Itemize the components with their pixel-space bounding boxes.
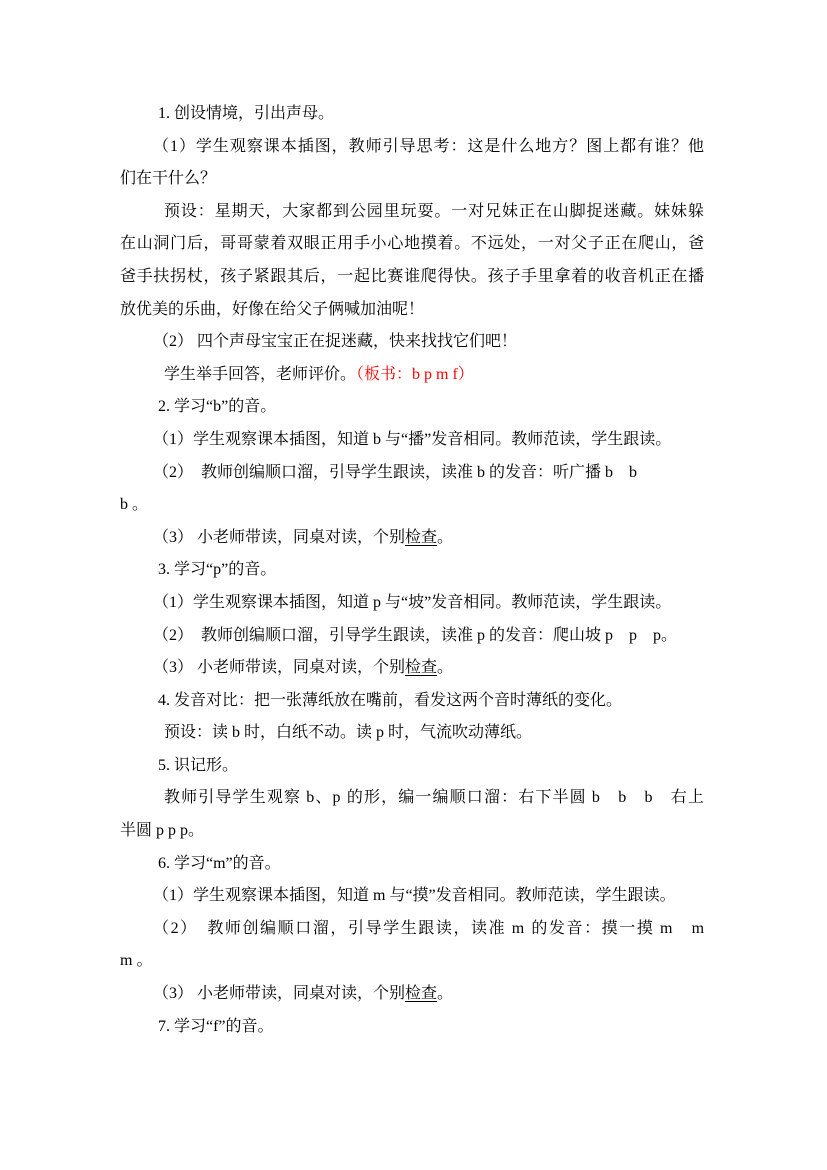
text-line: （1）学生观察课本插图，知道 b 与“播”发音相同。教师范读，学生跟读。	[120, 424, 704, 457]
text-line: 教师引导学生观察 b、p 的形，编一编顺口溜：右下半圆 b b b 右上	[120, 782, 704, 815]
text-line: （3） 小老师带读，同桌对读，个别检查。	[120, 522, 704, 555]
text-segment: 。	[437, 659, 453, 676]
text-line: 预设：读 b 时，白纸不动。读 p 时，气流吹动薄纸。	[120, 717, 704, 750]
text-line: （1）学生观察课本插图，教师引导思考：这是什么地方？图上都有谁？他	[120, 131, 704, 164]
text-segment: 2. 学习“b”的音。	[158, 398, 276, 415]
text-segment: 教师引导学生观察 b、p 的形，编一编顺口溜：右下半圆 b b b 右上	[164, 789, 705, 806]
text-segment: 7. 学习“f”的音。	[158, 1018, 274, 1035]
text-segment: m 。	[120, 952, 152, 969]
text-segment: 爸手扶拐杖，孩子紧跟其后，一起比赛谁爬得快。孩子手里拿着的收音机正在播	[120, 268, 705, 285]
text-line: （2） 四个声母宝宝正在捉迷藏，快来找找它们吧！	[120, 326, 704, 359]
text-line: （2） 教师创编顺口溜，引导学生跟读，读准 p 的发音：爬山坡 p p p。	[120, 620, 704, 653]
underlined-text: 检查	[405, 529, 437, 546]
text-segment: 5. 识记形。	[158, 757, 238, 774]
text-line: b 。	[120, 489, 704, 522]
underlined-text: 检查	[405, 659, 437, 676]
text-segment: 学生举手回答，老师评价。	[164, 366, 356, 383]
text-segment: （1）学生观察课本插图，教师引导思考：这是什么地方？图上都有谁？他	[153, 138, 705, 155]
text-segment: 半圆 p p p。	[120, 822, 204, 839]
text-line: 学生举手回答，老师评价。（板书：b p m f）	[120, 359, 704, 392]
text-line: （1）学生观察课本插图，知道 m 与“摸”发音相同。教师范读，学生跟读。	[120, 880, 704, 913]
document-body: 1. 创设情境，引出声母。（1）学生观察课本插图，教师引导思考：这是什么地方？图…	[120, 98, 704, 1043]
text-segment: 预设：读 b 时，白纸不动。读 p 时，气流吹动薄纸。	[164, 724, 532, 741]
text-segment: 4. 发音对比：把一张薄纸放在嘴前，看发这两个音时薄纸的变化。	[158, 692, 622, 709]
text-segment: （2） 教师创编顺口溜，引导学生跟读，读准 p 的发音：爬山坡 p p p。	[153, 627, 677, 644]
text-line: （1）学生观察课本插图，知道 p 与“坡”发音相同。教师范读，学生跟读。	[120, 587, 704, 620]
document-page: 1. 创设情境，引出声母。（1）学生观察课本插图，教师引导思考：这是什么地方？图…	[0, 0, 827, 1170]
text-segment: 们在干什么？	[120, 170, 216, 187]
text-segment: 。	[437, 529, 453, 546]
underlined-text: 检查	[405, 985, 437, 1002]
text-segment: （1）学生观察课本插图，知道 b 与“播”发音相同。教师范读，学生跟读。	[153, 431, 671, 448]
text-segment: （3） 小老师带读，同桌对读，个别	[153, 985, 405, 1002]
text-line: m 。	[120, 945, 704, 978]
text-segment: 1. 创设情境，引出声母。	[158, 105, 334, 122]
text-segment: （3） 小老师带读，同桌对读，个别	[153, 529, 405, 546]
text-segment: 6. 学习“m”的音。	[158, 855, 281, 872]
text-line: （2） 教师创编顺口溜，引导学生跟读，读准 m 的发音：摸一摸 m m	[120, 913, 704, 946]
board-note-red-text: （板书：b p m f）	[356, 366, 474, 383]
text-segment: b 。	[120, 496, 148, 513]
text-segment: （1）学生观察课本插图，知道 m 与“摸”发音相同。教师范读，学生跟读。	[153, 887, 676, 904]
text-line: 6. 学习“m”的音。	[120, 848, 704, 881]
text-line: （2） 教师创编顺口溜，引导学生跟读，读准 b 的发音：听广播 b b	[120, 457, 704, 490]
text-segment: （2） 教师创编顺口溜，引导学生跟读，读准 m 的发音：摸一摸 m m	[153, 920, 706, 937]
text-segment: 预设：星期天，大家都到公园里玩耍。一对兄妹正在山脚捉迷藏。妹妹躲	[164, 203, 705, 220]
text-line: （3） 小老师带读，同桌对读，个别检查。	[120, 652, 704, 685]
text-segment: 在山洞门后，哥哥蒙着双眼正用手小心地摸着。不远处，一对父子正在爬山，爸	[120, 235, 705, 252]
text-segment: 。	[437, 985, 453, 1002]
text-line: 7. 学习“f”的音。	[120, 1011, 704, 1044]
text-segment: （3） 小老师带读，同桌对读，个别	[153, 659, 405, 676]
text-line: 4. 发音对比：把一张薄纸放在嘴前，看发这两个音时薄纸的变化。	[120, 685, 704, 718]
text-segment: （2） 教师创编顺口溜，引导学生跟读，读准 b 的发音：听广播 b b	[153, 464, 637, 481]
text-segment: 放优美的乐曲，好像在给父子俩喊加油呢！	[120, 301, 424, 318]
text-line: 在山洞门后，哥哥蒙着双眼正用手小心地摸着。不远处，一对父子正在爬山，爸	[120, 228, 704, 261]
text-line: 3. 学习“p”的音。	[120, 554, 704, 587]
text-line: 5. 识记形。	[120, 750, 704, 783]
text-line: （3） 小老师带读，同桌对读，个别检查。	[120, 978, 704, 1011]
text-line: 爸手扶拐杖，孩子紧跟其后，一起比赛谁爬得快。孩子手里拿着的收音机正在播	[120, 261, 704, 294]
text-line: 半圆 p p p。	[120, 815, 704, 848]
text-segment: 3. 学习“p”的音。	[158, 561, 276, 578]
text-line: 2. 学习“b”的音。	[120, 391, 704, 424]
text-segment: （2） 四个声母宝宝正在捉迷藏，快来找找它们吧！	[153, 333, 517, 350]
text-segment: （1）学生观察课本插图，知道 p 与“坡”发音相同。教师范读，学生跟读。	[153, 594, 671, 611]
text-line: 预设：星期天，大家都到公园里玩耍。一对兄妹正在山脚捉迷藏。妹妹躲	[120, 196, 704, 229]
text-line: 1. 创设情境，引出声母。	[120, 98, 704, 131]
text-line: 放优美的乐曲，好像在给父子俩喊加油呢！	[120, 294, 704, 327]
text-line: 们在干什么？	[120, 163, 704, 196]
